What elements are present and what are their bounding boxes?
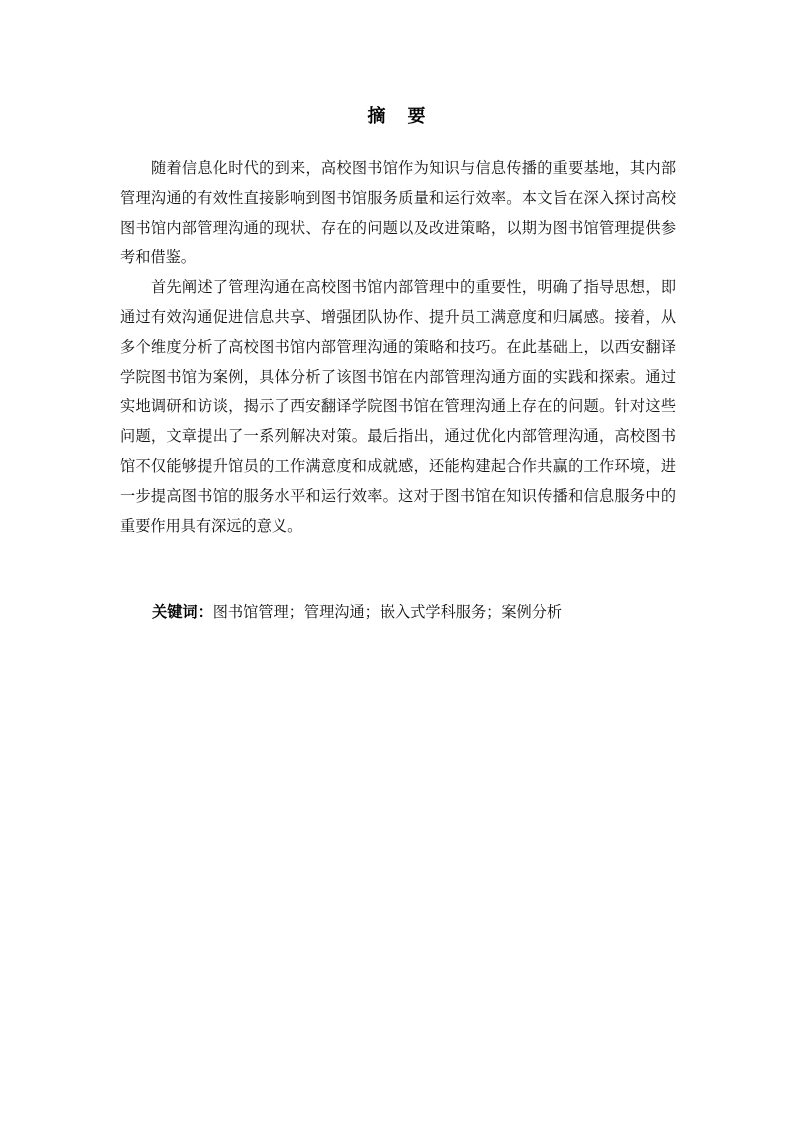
keywords-line: 关键词：图书馆管理；管理沟通；嵌入式学科服务；案例分析 — [152, 599, 562, 625]
keywords-label: 关键词： — [152, 603, 213, 621]
document-page: 摘要 随着信息化时代的到来，高校图书馆作为知识与信息传播的重要基地，其内部管理沟… — [0, 0, 793, 1122]
abstract-paragraph-2: 首先阐述了管理沟通在高校图书馆内部管理中的重要性，明确了指导思想，即通过有效沟通… — [120, 273, 676, 541]
abstract-title: 摘要 — [0, 102, 793, 128]
abstract-paragraph-1: 随着信息化时代的到来，高校图书馆作为知识与信息传播的重要基地，其内部管理沟通的有… — [120, 154, 676, 273]
keywords-value: 图书馆管理；管理沟通；嵌入式学科服务；案例分析 — [213, 603, 562, 621]
abstract-body: 随着信息化时代的到来，高校图书馆作为知识与信息传播的重要基地，其内部管理沟通的有… — [120, 154, 676, 541]
